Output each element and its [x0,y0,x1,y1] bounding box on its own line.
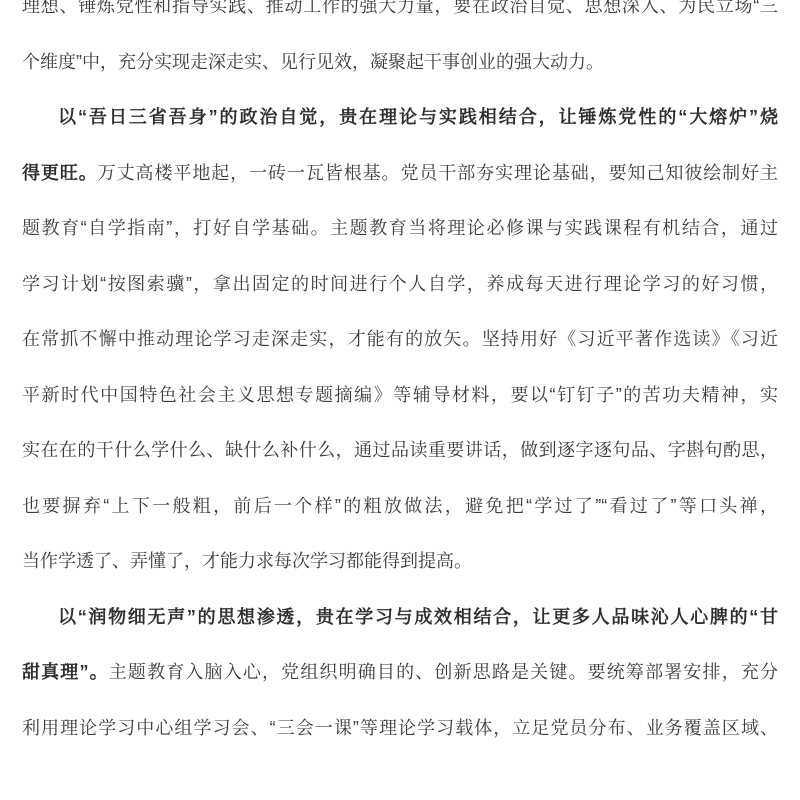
bold-text-segment: 得更旺。 [22,163,98,183]
bold-text-segment: 以“润物细无声”的思想渗透，贵在学习与成效相结合，让更多人品味沁人心脾的“甘 [58,607,778,627]
text-segment: 平新时代中国特色社会主义思想专题摘编》等辅导材料，要以“钉钉子”的苦功夫精神，实 [22,385,778,405]
text-line: 以“润物细无声”的思想渗透，贵在学习与成效相结合，让更多人品味沁人心脾的“甘 [22,590,778,646]
text-segment: 在常抓不懈中推动理论学习走深走实，才能有的放矢。坚持用好《习近平著作选读》《习近 [22,329,778,349]
text-segment: 利用理论学习中心组学习会、“三会一课”等理论学习载体，立足党员分布、业务覆盖区域… [22,718,778,738]
text-line: 也要摒弃“上下一般粗，前后一个样”的粗放做法，避免把“学过了”“看过了”等口头禅… [22,479,778,535]
text-line: 当作学透了、弄懂了，才能力求每次学习都能得到提高。 [22,534,778,590]
text-line: 理想、锤炼党性和指导实践、推动工作的强大力量，要在政治自觉、思想深入、为民立场“… [22,0,778,35]
text-segment: 也要摒弃“上下一般粗，前后一个样”的粗放做法，避免把“学过了”“看过了”等口头禅… [22,496,778,516]
text-line: 实在在的干什么学什么、缺什么补什么，通过品读重要讲话，做到逐字逐句品、字斟句酌思… [22,423,778,479]
text-line: 得更旺。万丈高楼平地起，一砖一瓦皆根基。党员干部夯实理论基础，要知己知彼绘制好主 [22,146,778,202]
text-line: 个维度”中，充分实现走深走实、见行见效，凝聚起干事创业的强大动力。 [22,35,778,91]
text-line: 平新时代中国特色社会主义思想专题摘编》等辅导材料，要以“钉钉子”的苦功夫精神，实 [22,368,778,424]
bold-text-segment: 以“吾日三省吾身”的政治自觉，贵在理论与实践相结合，让锤炼党性的“大熔炉”烧 [58,107,778,127]
text-segment: 当作学透了、弄懂了，才能力求每次学习都能得到提高。 [22,551,472,571]
text-line: 以“吾日三省吾身”的政治自觉，贵在理论与实践相结合，让锤炼党性的“大熔炉”烧 [22,90,778,146]
text-line: 在常抓不懈中推动理论学习走深走实，才能有的放矢。坚持用好《习近平著作选读》《习近 [22,312,778,368]
text-segment: 题教育“自学指南”，打好自学基础。主题教育当将理论必修课与实践课程有机结合，通过 [22,218,778,238]
text-segment: 万丈高楼平地起，一砖一瓦皆根基。党员干部夯实理论基础，要知己知彼绘制好主 [98,163,778,183]
text-line: 题教育“自学指南”，打好自学基础。主题教育当将理论必修课与实践课程有机结合，通过 [22,201,778,257]
text-segment: 个维度”中，充分实现走深走实、见行见效，凝聚起干事创业的强大动力。 [22,52,604,72]
document-body: 理想、锤炼党性和指导实践、推动工作的强大力量，要在政治自觉、思想深入、为民立场“… [22,0,778,756]
text-line: 甜真理”。主题教育入脑入心，党组织明确目的、创新思路是关键。要统筹部署安排，充分 [22,645,778,701]
text-line: 学习计划“按图索骥”，拿出固定的时间进行个人自学，养成每天进行理论学习的好习惯， [22,257,778,313]
text-segment: 理想、锤炼党性和指导实践、推动工作的强大力量，要在政治自觉、思想深入、为民立场“… [22,0,778,16]
text-segment: 学习计划“按图索骥”，拿出固定的时间进行个人自学，养成每天进行理论学习的好习惯， [22,274,778,294]
text-segment: 实在在的干什么学什么、缺什么补什么，通过品读重要讲话，做到逐字逐句品、字斟句酌思… [22,440,778,460]
document-page: 理想、锤炼党性和指导实践、推动工作的强大力量，要在政治自觉、思想深入、为民立场“… [0,0,800,800]
bold-text-segment: 甜真理”。 [22,662,109,682]
text-segment: 主题教育入脑入心，党组织明确目的、创新思路是关键。要统筹部署安排，充分 [109,662,778,682]
text-line: 利用理论学习中心组学习会、“三会一课”等理论学习载体，立足党员分布、业务覆盖区域… [22,701,778,757]
